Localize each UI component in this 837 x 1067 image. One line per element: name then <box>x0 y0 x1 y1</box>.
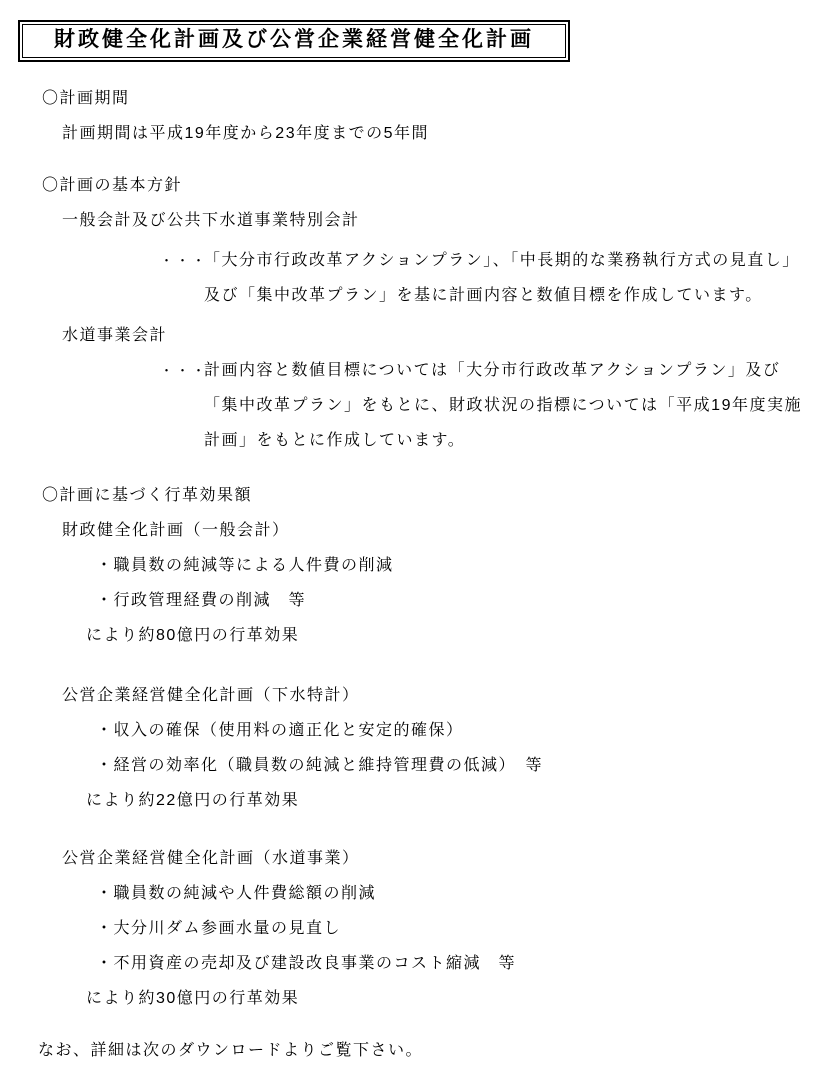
ellipsis-marker: ・・・ <box>160 243 204 278</box>
text-water-account-line1: ・・・ 計画内容と数値目標については「大分市行政改革アクションプラン」及び <box>0 353 837 388</box>
text-fiscal-plan-result: により約80億円の行革効果 <box>0 618 837 653</box>
subheading-water-plan: 公営企業経営健全化計画（水道事業） <box>0 841 837 876</box>
bullet-water-plan-item: ・大分川ダム参画水量の見直し <box>0 911 837 946</box>
bullet-water-plan-item: ・不用資産の売却及び建設改良事業のコスト縮減 等 <box>0 946 837 981</box>
ellipsis-marker: ・・・ <box>160 353 204 388</box>
text-water-account-line1-body: 計画内容と数値目標については「大分市行政改革アクションプラン」及び <box>204 353 780 388</box>
text-general-account-line1: ・・・ 「大分市行政改革アクションプラン」、「中長期的な業務執行方式の見直し」 <box>0 243 837 278</box>
heading-reform-effects: 〇計画に基づく行革効果額 <box>0 478 837 513</box>
heading-plan-period: 〇計画期間 <box>0 81 837 116</box>
subheading-fiscal-plan: 財政健全化計画（一般会計） <box>0 513 837 548</box>
footer-note: なお、詳細は次のダウンロードよりご覧下さい。 <box>0 1033 837 1067</box>
subheading-sewer-plan: 公営企業経営健全化計画（下水特計） <box>0 678 837 713</box>
text-general-account-line2: 及び「集中改革プラン」を基に計画内容と数値目標を作成しています。 <box>0 278 837 313</box>
text-general-account-line1-body: 「大分市行政改革アクションプラン」、「中長期的な業務執行方式の見直し」 <box>204 243 800 278</box>
bullet-fiscal-plan-item: ・行政管理経費の削減 等 <box>0 583 837 618</box>
page-title: 財政健全化計画及び公営企業経営健全化計画 <box>54 28 534 51</box>
title-box: 財政健全化計画及び公営企業経営健全化計画 <box>18 20 570 62</box>
text-water-plan-result: により約30億円の行革効果 <box>0 981 837 1016</box>
text-sewer-plan-result: により約22億円の行革効果 <box>0 783 837 818</box>
bullet-fiscal-plan-item: ・職員数の純減等による人件費の削減 <box>0 548 837 583</box>
bullet-sewer-plan-item: ・収入の確保（使用料の適正化と安定的確保） <box>0 713 837 748</box>
text-water-account-line2: 「集中改革プラン」をもとに、財政状況の指標については「平成19年度実施 <box>0 388 837 423</box>
heading-basic-policy: 〇計画の基本方針 <box>0 168 837 203</box>
bullet-sewer-plan-item: ・経営の効率化（職員数の純減と維持管理費の低減） 等 <box>0 748 837 783</box>
text-plan-period: 計画期間は平成19年度から23年度までの5年間 <box>0 116 837 151</box>
bullet-water-plan-item: ・職員数の純減や人件費総額の削減 <box>0 876 837 911</box>
document-page: 財政健全化計画及び公営企業経営健全化計画 〇計画期間 計画期間は平成19年度から… <box>0 0 837 1067</box>
text-water-account-line3: 計画」をもとに作成しています。 <box>0 423 837 458</box>
subheading-general-sewer-account: 一般会計及び公共下水道事業特別会計 <box>0 203 837 238</box>
title-box-inner: 財政健全化計画及び公営企業経営健全化計画 <box>22 24 566 58</box>
subheading-water-account: 水道事業会計 <box>0 318 837 353</box>
